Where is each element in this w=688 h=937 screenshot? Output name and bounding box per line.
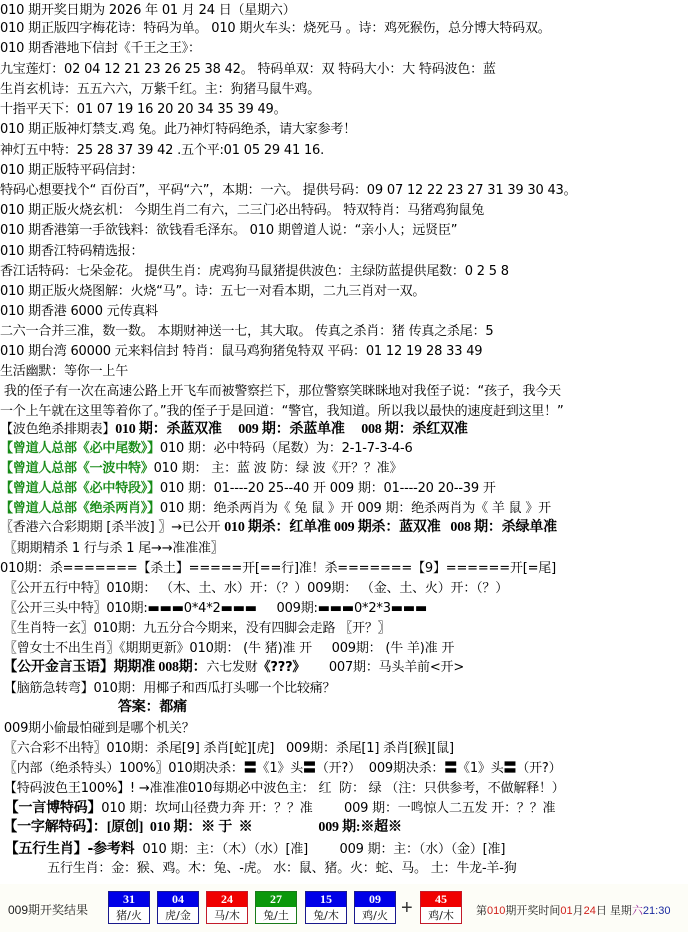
text-segment: 九宝莲灯：02 04 12 21 23 26 25 38 42。 特码单双：双 … (0, 62, 496, 77)
text-segment: 生肖玄机诗：五五六六，万紫千红。主：狗猪马鼠牛鸡。 (0, 82, 320, 97)
special-ball-label: 鸡/木 (421, 907, 461, 924)
text-line: 答案：都痛 (0, 699, 187, 717)
text-segment: 010 期香港第一手欲钱料：欲钱看毛泽东。 010 期曾道人说：“亲小人；远贤臣… (0, 223, 457, 238)
last-draw-label: 009期开奖结果 (8, 901, 88, 918)
text-line: 【曾道人总部《绝杀两肖》】010 期：绝杀两肖为《 兔 鼠 》开 009 期：绝… (0, 500, 551, 518)
text-segment: （开?） 009期决杀： (316, 761, 444, 776)
text-segment: 010 期正版火烧图解：火烧“马”。诗：五七一对看本期，二九三肖对一双。 (0, 284, 425, 299)
ball-number: 31 (109, 892, 149, 907)
text-line: 九宝莲灯：02 04 12 21 23 26 25 38 42。 特码单双：双 … (0, 61, 496, 79)
text-line: 010 期正版神灯禁支.鸡 兔。此乃神灯特码绝杀，请大家参考！ (0, 121, 356, 139)
text-segment: 【一字解特码】：[原创] 010 期：※ 于 ※ 009 期:※超※ (0, 820, 402, 835)
text-line: 生活幽默：等你一上午 (0, 363, 128, 381)
text-segment: 【五行生肖】-参考料 (0, 841, 134, 857)
text-segment: 香江话特码：七朵金花。 提供生肖：虎鸡狗马鼠猪提供波色：主绿防蓝提供尾数：0 2… (0, 264, 509, 279)
text-segment: 【曾道人总部《一波中特》 (0, 461, 154, 476)
text-segment: 我的侄子有一次在高速公路上开飞车而被警察拦下，那位警察笑眯眯地对我侄子说：“孩子… (0, 384, 561, 399)
ball-number: 27 (256, 892, 296, 907)
text-line: 十指平天下：01 07 19 16 20 20 34 35 39 49。 (0, 101, 286, 119)
text-segment: 010期：杀=======【杀土】=====开[==行]准！杀=======【9… (0, 561, 556, 576)
text-line: 010 期正版火烧玄机： 今期生肖二有六，二三门必出特码。 特双特肖：马猪鸡狗鼠… (0, 202, 484, 220)
text-line: 〖期期精杀 1 行与杀 1 尾→→准准准〗 (0, 540, 224, 558)
text-segment: ▬▬▬ (221, 601, 257, 616)
text-segment: 0*4*2 (184, 601, 221, 616)
text-segment: 六七发财 (206, 660, 257, 675)
text-segment: 【曾道人总部《绝杀两肖》】 (0, 501, 160, 516)
text-segment: 010 期正版神灯禁支.鸡 兔。此乃神灯特码绝杀，请大家参考！ (0, 122, 356, 137)
result-ball: 15兔/木 (305, 891, 347, 924)
ball-label: 虎/金 (158, 907, 198, 924)
text-line: 【一言博特码】010 期：坎坷山径费力奔 开：？？准 009 期：一鸣惊人二五发… (0, 799, 555, 818)
text-segment: 〓 (444, 761, 457, 776)
ball-label: 马/木 (207, 907, 247, 924)
text-segment: 010 期开奖日期为 2026 年 01 月 24 日（星期六） (0, 3, 296, 18)
text-line: 【特码波色王100%】! →准准准010每期必中波色主： 红 防： 绿 （注：只… (0, 780, 565, 798)
text-line: 【波色绝杀排期表】010 期：杀蓝双准 009 期：杀蓝单准 008 期：杀红双… (0, 421, 468, 439)
text-segment: 一个上午就在这里等着你了。”我的侄子于是回道：“警官，我知道。所以我以最快的速度… (0, 404, 564, 419)
text-segment: 010 期香港 6000 元传真料 (0, 304, 158, 319)
text-line: 香江话特码：七朵金花。 提供生肖：虎鸡狗马鼠猪提供波色：主绿防蓝提供尾数：0 2… (0, 263, 509, 281)
ball-label: 猪/火 (109, 907, 149, 924)
special-ball: 45 鸡/木 (420, 891, 462, 924)
text-line: 【五行生肖】-参考料 010 期：主：（木）（水）[准] 009 期：主：（水）… (0, 840, 505, 859)
ball-number: 15 (306, 892, 346, 907)
special-ball-number: 45 (421, 892, 461, 907)
text-segment (0, 700, 118, 715)
text-line: 【曾道人总部《必中特段》】010 期：01----20 25--40 开 009… (0, 480, 496, 498)
text-segment: 《1》头 (457, 761, 503, 776)
result-ball: 31猪/火 (108, 891, 150, 924)
text-line: 010 期香港 6000 元传真料 (0, 303, 158, 321)
text-line: 010 期香港第一手欲钱料：欲钱看毛泽东。 010 期曾道人说：“亲小人；远贤臣… (0, 222, 457, 240)
ball-label: 兔/土 (256, 907, 296, 924)
text-line: 010 期正版特平码信封： (0, 162, 143, 180)
text-segment: ▬▬▬ (391, 601, 427, 616)
text-segment: 【脑筋急转弯】010期：用椰子和西瓜打头哪一个比较痛？ (0, 681, 335, 696)
text-segment: 007期：马头羊前<开> (305, 660, 464, 675)
text-segment: 〖内部（绝杀特头）100%〗010期决杀： (0, 761, 244, 776)
text-line: 二六一合并三准，数一数。 本期财神送一七，其大取。 传真之杀肖：猪 传真之杀尾：… (0, 323, 493, 341)
text-segment: 〓 (303, 761, 316, 776)
text-segment: 010 期：01----20 25--40 开 009 期：01----20 2… (160, 481, 496, 496)
result-ball: 09鸡/火 (354, 891, 396, 924)
text-line: 010 期台湾 60000 元来料信封 特肖：鼠马鸡狗猪兔特双 平码：01 12… (0, 343, 482, 361)
ball-number: 09 (355, 892, 395, 907)
draw-results-bar: 009期开奖结果 31猪/火04虎/金24马/木27兔/土15兔/木09鸡/火 … (0, 884, 688, 932)
text-segment: 【曾道人总部《必中特段》】 (0, 481, 160, 496)
text-line: 特码心想要找个“ 百份百”，平码“六”，本期：一六。 提供号码：09 07 12… (0, 182, 576, 200)
text-segment: 009期小偷最怕碰到是哪个机关？ (0, 721, 195, 736)
result-ball: 24马/木 (206, 891, 248, 924)
text-line: 〖公开三头中特〗010期:▬▬▬0*4*2▬▬▬ 009期:▬▬▬0*2*3▬▬… (0, 600, 427, 618)
text-line: 009期小偷最怕碰到是哪个机关？ (0, 720, 195, 738)
text-segment: 010 期正版火烧玄机： 今期生肖二有六，二三门必出特码。 特双特肖：马猪鸡狗鼠… (0, 203, 484, 218)
text-segment: 〖公开三头中特〗010期: (0, 601, 148, 616)
ball-number: 24 (207, 892, 247, 907)
text-line: 【曾道人总部《必中尾数》】010 期：必中特码（尾数）为：2-1-7-3-4-6 (0, 440, 413, 458)
text-line: 〖生肖特一玄〗010期：九五分合今期来，没有四脚会走路 〖开？〗 (0, 620, 390, 638)
text-segment: ▬▬▬ (148, 601, 184, 616)
text-segment: 010 期：杀蓝双准 009 期：杀蓝单准 008 期：杀红双准 (115, 422, 468, 437)
text-segment: 〖香港六合彩期期 [杀半波] 〗→已公开 (0, 520, 224, 535)
text-segment: 010 期： 主：蓝 波 防：绿 波《开？？准》 (154, 461, 403, 476)
result-ball: 04虎/金 (157, 891, 199, 924)
text-line: 010 期香港地下信封《千王之王》： (0, 40, 201, 58)
text-segment: 【波色绝杀排期表】 (0, 422, 115, 437)
text-segment: （开?） (516, 761, 561, 776)
text-line: 010期：杀=======【杀土】=====开[==行]准！杀=======【9… (0, 560, 556, 578)
text-segment: 010 期杀：红单准 009 期杀：蓝双准 008 期：杀绿单准 (224, 520, 557, 535)
text-segment: 〖期期精杀 1 行与杀 1 尾→→准准准〗 (0, 541, 224, 556)
text-segment: 二六一合并三准，数一数。 本期财神送一七，其大取。 传真之杀肖：猪 传真之杀尾：… (0, 324, 493, 339)
text-line: 【公开金言玉语】期期准 008期：六七发财《???》 007期：马头羊前<开> (0, 659, 464, 677)
text-segment: 010 期：绝杀两肖为《 兔 鼠 》开 009 期：绝杀两肖为《 羊 鼠 》开 (160, 501, 551, 516)
text-segment: 010 期正版四字梅花诗：特码为单。 010 期火车头：烧死马 。诗：鸡死猴伤，… (0, 21, 551, 36)
plus-separator: + (401, 897, 413, 920)
text-segment: 【曾道人总部《必中尾数》】 (0, 441, 160, 456)
text-segment: 〖六合彩不出特〗010期：杀尾[9] 杀肖[蛇][虎] 009期：杀尾[1] 杀… (0, 741, 454, 756)
text-segment: 009期: (257, 601, 318, 616)
next-draw-time: 第010期开奖时间01月24日 星期六21:30 (476, 902, 670, 918)
text-line: 〖六合彩不出特〗010期：杀尾[9] 杀肖[蛇][虎] 009期：杀尾[1] 杀… (0, 740, 454, 758)
text-segment: 010 期香江特码精选报： (0, 244, 143, 259)
text-segment: 010 期：主：（木）（水）[准] 009 期：主：（水）（金）[准] (134, 842, 505, 857)
text-line: 生肖玄机诗：五五六六，万紫千红。主：狗猪马鼠牛鸡。 (0, 81, 320, 99)
text-segment: 0*2*3 (354, 601, 391, 616)
text-segment: 十指平天下：01 07 19 16 20 20 34 35 39 49。 (0, 102, 286, 117)
ball-label: 鸡/火 (355, 907, 395, 924)
text-segment: 《???》 (258, 660, 306, 675)
text-segment: ▬▬▬ (318, 601, 354, 616)
text-line: 010 期开奖日期为 2026 年 01 月 24 日（星期六） (0, 2, 296, 20)
text-line: 010 期正版四字梅花诗：特码为单。 010 期火车头：烧死马 。诗：鸡死猴伤，… (0, 20, 551, 38)
text-line: 【曾道人总部《一波中特》010 期： 主：蓝 波 防：绿 波《开？？准》 (0, 460, 402, 478)
text-segment: 010 期台湾 60000 元来料信封 特肖：鼠马鸡狗猪兔特双 平码：01 12… (0, 344, 482, 359)
text-line: 五行生肖：金：猴、鸡。木：兔、-虎。 水：鼠、猪。火：蛇、马。 土：牛龙-羊-狗 (0, 860, 517, 878)
text-segment: 【公开金言玉语】期期准 008期： (0, 660, 206, 675)
text-line: 010 期香江特码精选报： (0, 243, 143, 261)
text-line: 一个上午就在这里等着你了。”我的侄子于是回道：“警官，我知道。所以我以最快的速度… (0, 403, 564, 421)
text-segment: 答案：都痛 (118, 700, 187, 715)
text-segment: 〓 (504, 761, 517, 776)
text-segment: 010 期香港地下信封《千王之王》： (0, 41, 201, 56)
text-segment: 010 期正版特平码信封： (0, 163, 143, 178)
text-line: 【一字解特码】：[原创] 010 期：※ 于 ※ 009 期:※超※ (0, 819, 402, 837)
text-line: 〖曾女士不出生肖〗《期期更新》010期： (牛 猪)准 开 009期： (牛 羊… (0, 640, 454, 658)
text-segment: 〓 (244, 761, 257, 776)
result-ball: 27兔/土 (255, 891, 297, 924)
text-line: 〖公开五行中特〗010期： （木、土、水）开：（？）009期： （金、土、火）开… (0, 580, 508, 598)
ball-number: 04 (158, 892, 198, 907)
text-segment: 010 期：必中特码（尾数）为：2-1-7-3-4-6 (160, 441, 413, 456)
text-segment: 神灯五中特：25 28 37 39 42 .五个平:01 05 29 41 16… (0, 143, 324, 158)
text-segment: 〖曾女士不出生肖〗《期期更新》010期： (牛 猪)准 开 009期： (牛 羊… (0, 641, 454, 656)
text-line: 〖香港六合彩期期 [杀半波] 〗→已公开 010 期杀：红单准 009 期杀：蓝… (0, 519, 557, 537)
text-segment: 【特码波色王100%】! →准准准010每期必中波色主： 红 防： 绿 （注：只… (0, 781, 565, 796)
text-segment: 010 期：坎坷山径费力奔 开：？？准 009 期：一鸣惊人二五发 开：？？准 (101, 801, 555, 816)
text-segment: 〖生肖特一玄〗010期：九五分合今期来，没有四脚会走路 〖开？〗 (0, 621, 390, 636)
text-segment: 《1》头 (257, 761, 303, 776)
text-line: 〖内部（绝杀特头）100%〗010期决杀：〓《1》头〓（开?） 009期决杀：〓… (0, 760, 561, 778)
text-line: 【脑筋急转弯】010期：用椰子和西瓜打头哪一个比较痛？ (0, 680, 335, 698)
text-segment: 五行生肖：金：猴、鸡。木：兔、-虎。 水：鼠、猪。火：蛇、马。 土：牛龙-羊-狗 (0, 861, 517, 876)
ball-label: 兔/木 (306, 907, 346, 924)
text-segment: 【一言博特码】 (0, 800, 101, 816)
text-line: 010 期正版火烧图解：火烧“马”。诗：五七一对看本期，二九三肖对一双。 (0, 283, 425, 301)
text-line: 我的侄子有一次在高速公路上开飞车而被警察拦下，那位警察笑眯眯地对我侄子说：“孩子… (0, 383, 561, 401)
text-line: 神灯五中特：25 28 37 39 42 .五个平:01 05 29 41 16… (0, 142, 324, 160)
text-segment: 特码心想要找个“ 百份百”，平码“六”，本期：一六。 提供号码：09 07 12… (0, 183, 576, 198)
text-segment: 生活幽默：等你一上午 (0, 364, 128, 379)
text-segment: 〖公开五行中特〗010期： （木、土、水）开：（？）009期： （金、土、火）开… (0, 581, 508, 596)
